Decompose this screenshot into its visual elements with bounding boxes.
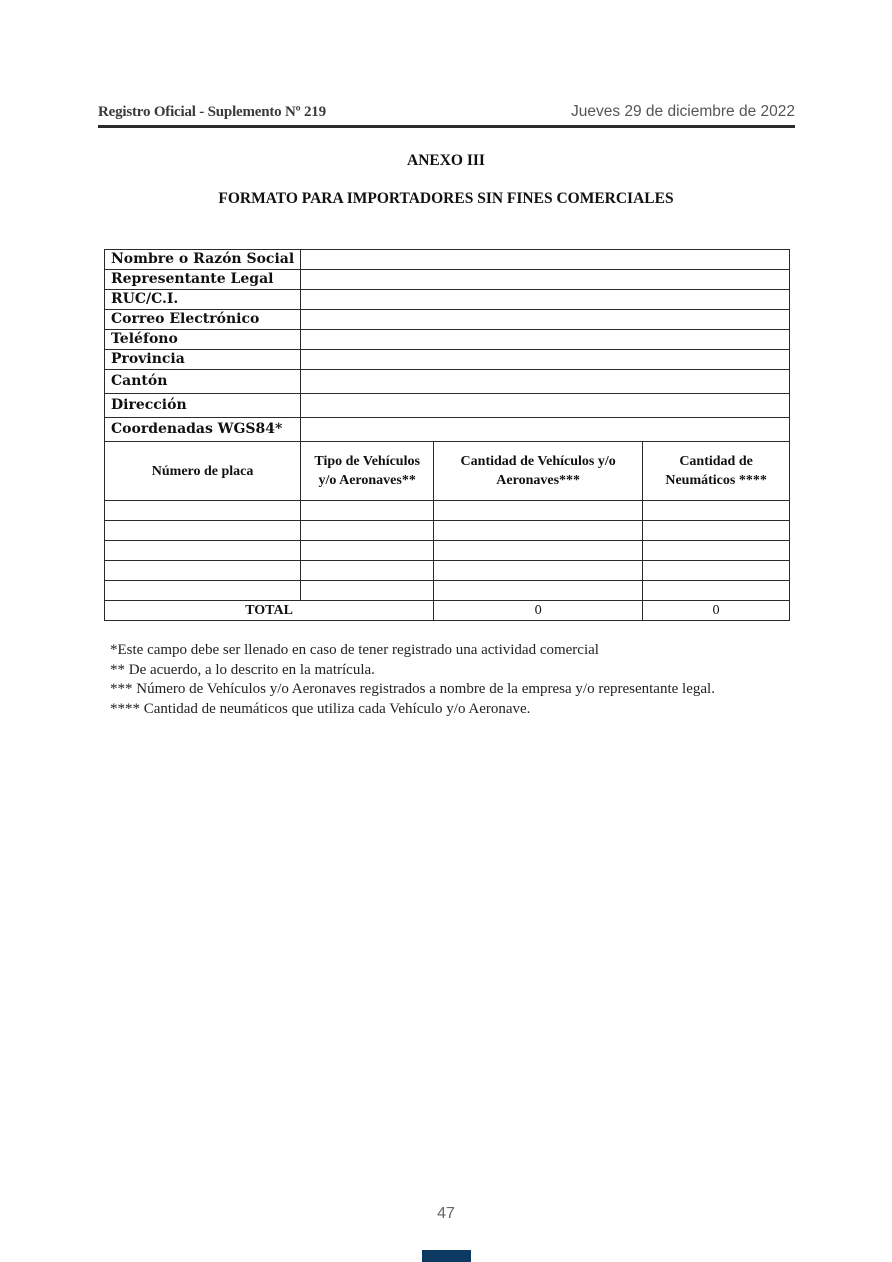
footnotes: *Este campo debe ser llenado en caso de … — [110, 641, 770, 719]
cell-tire-count[interactable] — [643, 501, 790, 521]
field-value-coordinates[interactable] — [301, 418, 790, 442]
footnote-1: *Este campo debe ser llenado en caso de … — [110, 641, 770, 661]
header-divider — [98, 125, 795, 128]
cell-type[interactable] — [301, 541, 434, 561]
field-value-canton[interactable] — [301, 370, 790, 394]
footnote-4: **** Cantidad de neumáticos que utiliza … — [110, 700, 770, 720]
field-value-legal-rep[interactable] — [301, 270, 790, 290]
cell-type[interactable] — [301, 581, 434, 601]
form-field-row: Coordenadas WGS84* — [105, 418, 790, 442]
field-value-address[interactable] — [301, 394, 790, 418]
field-label: Teléfono — [105, 330, 301, 350]
form-field-row: Correo Electrónico — [105, 310, 790, 330]
field-value-phone[interactable] — [301, 330, 790, 350]
form-field-row: Representante Legal — [105, 270, 790, 290]
total-vehicles: 0 — [434, 601, 643, 621]
cell-type[interactable] — [301, 501, 434, 521]
form-field-row: Teléfono — [105, 330, 790, 350]
column-header-tire-count: Cantidad de Neumáticos **** — [643, 442, 790, 501]
field-value-ruc[interactable] — [301, 290, 790, 310]
publication-name: Registro Oficial - Suplemento Nº 219 — [98, 104, 326, 121]
column-header-type: Tipo de Vehículos y/o Aeronaves** — [301, 442, 434, 501]
field-value-email[interactable] — [301, 310, 790, 330]
cell-vehicle-count[interactable] — [434, 521, 643, 541]
field-label: Dirección — [105, 394, 301, 418]
footer-bar — [422, 1250, 471, 1262]
table-row — [105, 521, 790, 541]
cell-tire-count[interactable] — [643, 521, 790, 541]
form-field-row: RUC/C.I. — [105, 290, 790, 310]
field-label: Representante Legal — [105, 270, 301, 290]
cell-vehicle-count[interactable] — [434, 501, 643, 521]
column-header-plate: Número de placa — [105, 442, 301, 501]
cell-vehicle-count[interactable] — [434, 541, 643, 561]
table-row — [105, 581, 790, 601]
form-title: FORMATO PARA IMPORTADORES SIN FINES COME… — [0, 190, 892, 208]
cell-type[interactable] — [301, 521, 434, 541]
cell-plate[interactable] — [105, 521, 301, 541]
total-tires: 0 — [643, 601, 790, 621]
cell-plate[interactable] — [105, 501, 301, 521]
total-label: TOTAL — [105, 601, 434, 621]
cell-plate[interactable] — [105, 561, 301, 581]
field-value-name[interactable] — [301, 250, 790, 270]
form-field-row: Dirección — [105, 394, 790, 418]
table-row — [105, 541, 790, 561]
footnote-2: ** De acuerdo, a lo descrito en la matrí… — [110, 661, 770, 681]
publication-date: Jueves 29 de diciembre de 2022 — [571, 103, 795, 121]
column-header-vehicle-count: Cantidad de Vehículos y/o Aeronaves*** — [434, 442, 643, 501]
cell-type[interactable] — [301, 561, 434, 581]
table-row — [105, 561, 790, 581]
cell-tire-count[interactable] — [643, 541, 790, 561]
footnote-3: *** Número de Vehículos y/o Aeronaves re… — [110, 680, 770, 700]
vehicle-table-header: Número de placa Tipo de Vehículos y/o Ae… — [105, 442, 790, 501]
form-field-row: Nombre o Razón Social — [105, 250, 790, 270]
field-label: Cantón — [105, 370, 301, 394]
field-label: Nombre o Razón Social — [105, 250, 301, 270]
field-label: RUC/C.I. — [105, 290, 301, 310]
page-number: 47 — [0, 1205, 892, 1223]
cell-tire-count[interactable] — [643, 561, 790, 581]
cell-tire-count[interactable] — [643, 581, 790, 601]
cell-vehicle-count[interactable] — [434, 561, 643, 581]
cell-vehicle-count[interactable] — [434, 581, 643, 601]
form-field-row: Cantón — [105, 370, 790, 394]
form-field-row: Provincia — [105, 350, 790, 370]
annex-title: ANEXO III — [0, 152, 892, 170]
field-label: Provincia — [105, 350, 301, 370]
table-row — [105, 501, 790, 521]
registration-form-table: Nombre o Razón Social Representante Lega… — [104, 249, 790, 621]
field-value-province[interactable] — [301, 350, 790, 370]
cell-plate[interactable] — [105, 541, 301, 561]
field-label: Correo Electrónico — [105, 310, 301, 330]
field-label: Coordenadas WGS84* — [105, 418, 301, 442]
cell-plate[interactable] — [105, 581, 301, 601]
total-row: TOTAL 0 0 — [105, 601, 790, 621]
